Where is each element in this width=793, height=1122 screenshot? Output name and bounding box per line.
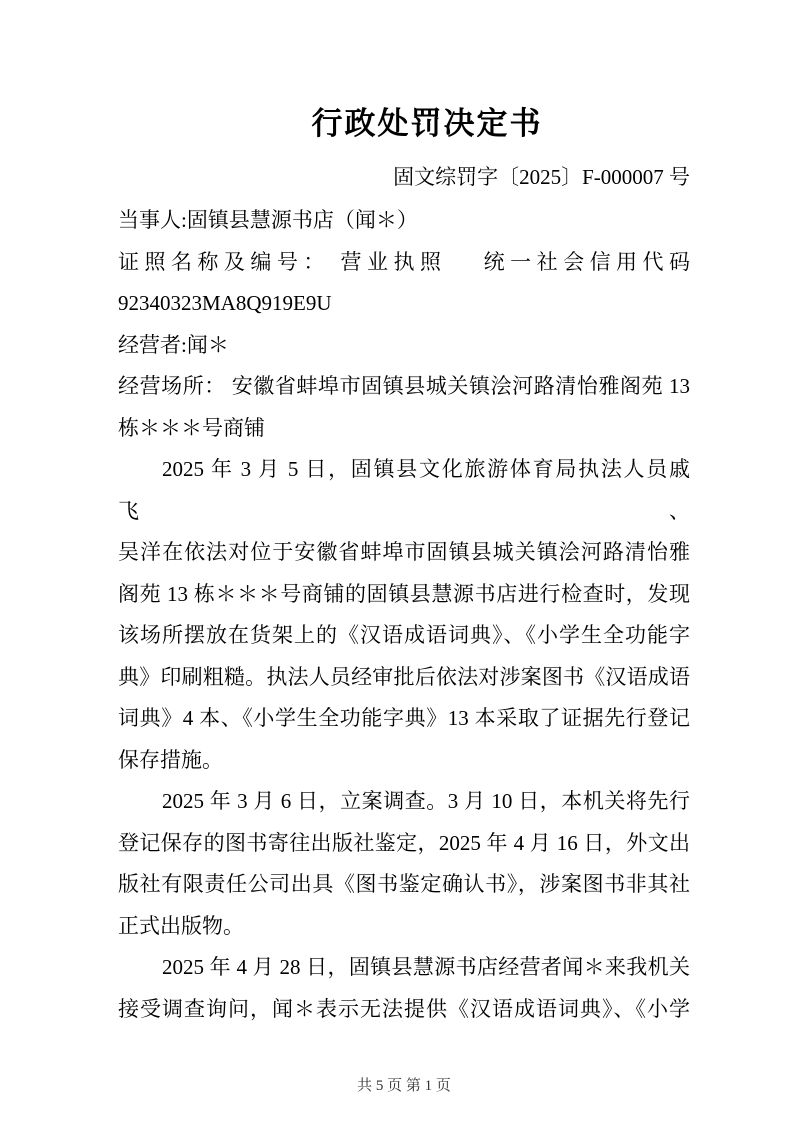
body-line-license: 证照名称及编号： 营业执照 统一社会信用代码	[118, 242, 690, 284]
body-line-para1-1: 2025 年 3 月 5 日，固镇县文化旅游体育局执法人员戚飞、	[118, 449, 690, 532]
body-line-para3-2: 接受调查询问，闻＊表示无法提供《汉语成语词典》、《小学	[118, 989, 690, 1031]
body-line-para1-5: 典》印刷粗糙。执法人员经审批后依法对涉案图书《汉语成语	[118, 657, 690, 699]
body-line-para2-3: 版社有限责任公司出具《图书鉴定确认书》，涉案图书非其社	[118, 864, 690, 906]
body-line-address-2: 栋＊＊＊号商铺	[118, 408, 690, 450]
body-line-para2-1: 2025 年 3 月 6 日，立案调查。3 月 10 日，本机关将先行	[118, 781, 690, 823]
body-line-para2-4: 正式出版物。	[118, 906, 690, 948]
body-line-para1-7: 保存措施。	[118, 740, 690, 782]
document-body: 当事人:固镇县慧源书店（闻＊） 证照名称及编号： 营业执照 统一社会信用代码 9…	[118, 200, 690, 1030]
body-line-para1-6: 词典》4 本、《小学生全功能字典》13 本采取了证据先行登记	[118, 698, 690, 740]
body-line-para2-2: 登记保存的图书寄往出版社鉴定，2025 年 4 月 16 日，外文出	[118, 823, 690, 865]
document-title: 行政处罚决定书	[164, 104, 690, 144]
body-line-operator: 经营者:闻＊	[118, 325, 690, 367]
body-line-address-1: 经营场所： 安徽省蚌埠市固镇县城关镇浍河路清怡雅阁苑 13	[118, 366, 690, 408]
page-number: 共 5 页 第 1 页	[118, 1076, 690, 1096]
body-line-credit-code: 92340323MA8Q919E9U	[118, 283, 690, 325]
document-page: 行政处罚决定书 固文综罚字〔2025〕F-000007 号 当事人:固镇县慧源书…	[0, 0, 793, 1122]
body-line-party: 当事人:固镇县慧源书店（闻＊）	[118, 200, 690, 242]
body-line-para3-1: 2025 年 4 月 28 日，固镇县慧源书店经营者闻＊来我机关	[118, 947, 690, 989]
body-line-para1-2: 吴洋在依法对位于安徽省蚌埠市固镇县城关镇浍河路清怡雅	[118, 532, 690, 574]
body-line-para1-4: 该场所摆放在货架上的《汉语成语词典》、《小学生全功能字	[118, 615, 690, 657]
document-number: 固文综罚字〔2025〕F-000007 号	[118, 162, 690, 192]
body-line-para1-3: 阁苑 13 栋＊＊＊号商铺的固镇县慧源书店进行检查时，发现	[118, 574, 690, 616]
